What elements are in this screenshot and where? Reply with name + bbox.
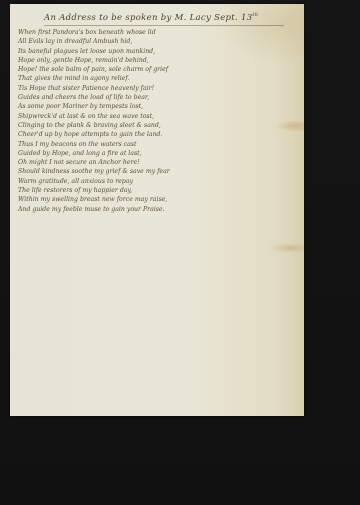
verse-line: Shipwreck'd at last & on the sea wave to… [18, 112, 258, 121]
verse-line: Cheer'd up by hope attempts to gain the … [18, 130, 258, 139]
verse-line: Warm gratitude, all anxious to repay [18, 177, 258, 186]
verse-line: That gives the mind in agony relief. [18, 74, 258, 83]
verse-line: Thus I my beacons on the waters cast [18, 140, 258, 149]
verse-line: And guide my feeble muse to gain your Pr… [18, 205, 258, 214]
verse-line: Hope only, gentle Hope, remain'd behind, [18, 56, 258, 65]
verse-line: Clinging to the plank & braving sleet & … [18, 121, 258, 130]
verse-line: As some poor Mariner by tempests lost, [18, 102, 258, 111]
manuscript-page: An Address to be spoken by M. Lacy Sept.… [10, 4, 304, 416]
verse-line: Oh might I not secure an Anchor here! [18, 158, 258, 167]
page-title: An Address to be spoken by M. Lacy Sept.… [44, 12, 284, 26]
verse-line: The life restorers of my happier day, [18, 186, 258, 195]
verse-line: All Evils lay in dreadful Ambush hid, [18, 37, 258, 46]
verse-line: When first Pandora's box beneath whose l… [18, 28, 258, 37]
title-text: An Address to be spoken by M. Lacy Sept.… [44, 13, 252, 23]
verse-line: Guided by Hope, and long a fire at last, [18, 149, 258, 158]
verse-line: Should kindness soothe my grief & save m… [18, 167, 258, 176]
verse-line: Tis Hope that sister Patience heavenly f… [18, 84, 258, 93]
title-suffix: th [252, 12, 258, 18]
verse-line: Within my swelling breast new force may … [18, 195, 258, 204]
verse-body: When first Pandora's box beneath whose l… [18, 28, 258, 214]
verse-line: Its baneful plagues let loose upon manki… [18, 47, 258, 56]
verse-line: Guides and cheers the load of life to be… [18, 93, 258, 102]
verse-line: Hope! the sole balm of pain, sole charm … [18, 65, 258, 74]
